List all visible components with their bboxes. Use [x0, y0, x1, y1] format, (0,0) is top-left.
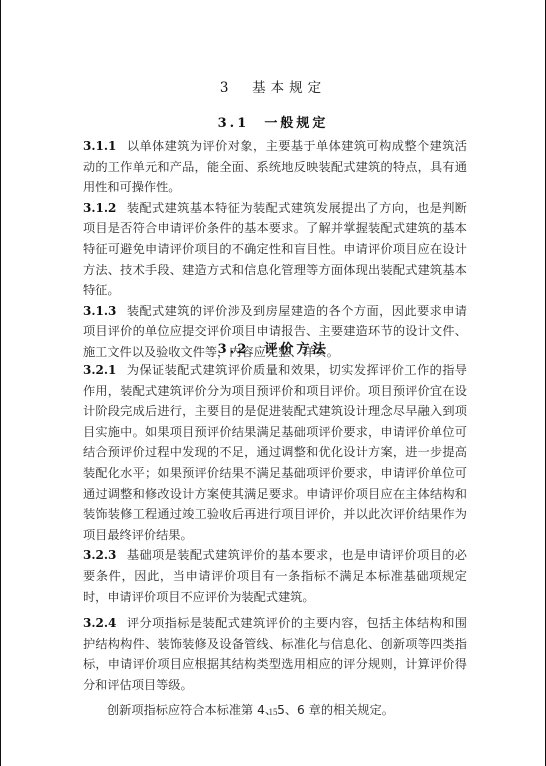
clause-number: 3.2.1: [83, 363, 116, 377]
clause-text: 以单体建筑为评价对象，主要基于单体建筑可构成整个建筑活动的工作单元和产品，能全面…: [83, 139, 467, 194]
clause-number: 3.1.3: [83, 304, 116, 318]
section-number: 3.1: [218, 116, 250, 131]
clause-number: 3.1.1: [83, 139, 116, 153]
clause-3-1-1: 3.1.1以单体建筑为评价对象，主要基于单体建筑可构成整个建筑活动的工作单元和产…: [83, 136, 467, 198]
clause-number: 3.1.2: [83, 201, 116, 215]
clause-number: 3.2.4: [83, 616, 116, 630]
section-title-text: 评价方法: [264, 342, 328, 357]
clause-text: 为保证装配式建筑评价质量和效果，切实发挥评价工作的指导作用，装配式建筑评价分为项…: [83, 363, 467, 542]
clause-number: 3.2.3: [83, 548, 116, 562]
section-body-3-2: 3.2.1为保证装配式建筑评价质量和效果，切实发挥评价工作的指导作用，装配式建筑…: [83, 360, 467, 720]
page-number: 15: [1, 707, 545, 717]
clause-3-1-2: 3.1.2装配式建筑基本特征为装配式建筑发展提出了方向，也是判断项目是否符合申请…: [83, 198, 467, 301]
clause-text: 装配式建筑基本特征为装配式建筑发展提出了方向，也是判断项目是否符合申请评价条件的…: [83, 201, 467, 297]
chapter-title-text: 基本规定: [252, 80, 326, 96]
section-number: 3.2: [218, 342, 250, 357]
section-title-text: 一般规定: [264, 116, 328, 131]
clause-3-2-4: 3.2.4评分项指标是装配式建筑评价的主要内容，包括主体结构和围护结构构件、装饰…: [83, 613, 467, 720]
clause-3-2-1: 3.2.1为保证装配式建筑评价质量和效果，切实发挥评价工作的指导作用，装配式建筑…: [83, 360, 467, 545]
chapter-title: 3 基本规定: [1, 76, 545, 96]
section-title-3-1: 3.1 一般规定: [1, 112, 545, 131]
clause-3-2-3: 3.2.3基础项是装配式建筑评价的基本要求，也是申请评价项目的必要条件，因此，当…: [83, 545, 467, 607]
document-page: 3 基本规定 3.1 一般规定 3.1.1以单体建筑为评价对象，主要基于单体建筑…: [0, 0, 546, 766]
clause-text: 评分项指标是装配式建筑评价的主要内容，包括主体结构和围护结构构件、装饰装修及设备…: [83, 616, 467, 692]
section-title-3-2: 3.2 评价方法: [1, 338, 545, 357]
clause-text: 基础项是装配式建筑评价的基本要求，也是申请评价项目的必要条件，因此，当申请评价项…: [83, 548, 467, 603]
chapter-number: 3: [220, 80, 234, 96]
section-body-3-1: 3.1.1以单体建筑为评价对象，主要基于单体建筑可构成整个建筑活动的工作单元和产…: [83, 136, 467, 363]
